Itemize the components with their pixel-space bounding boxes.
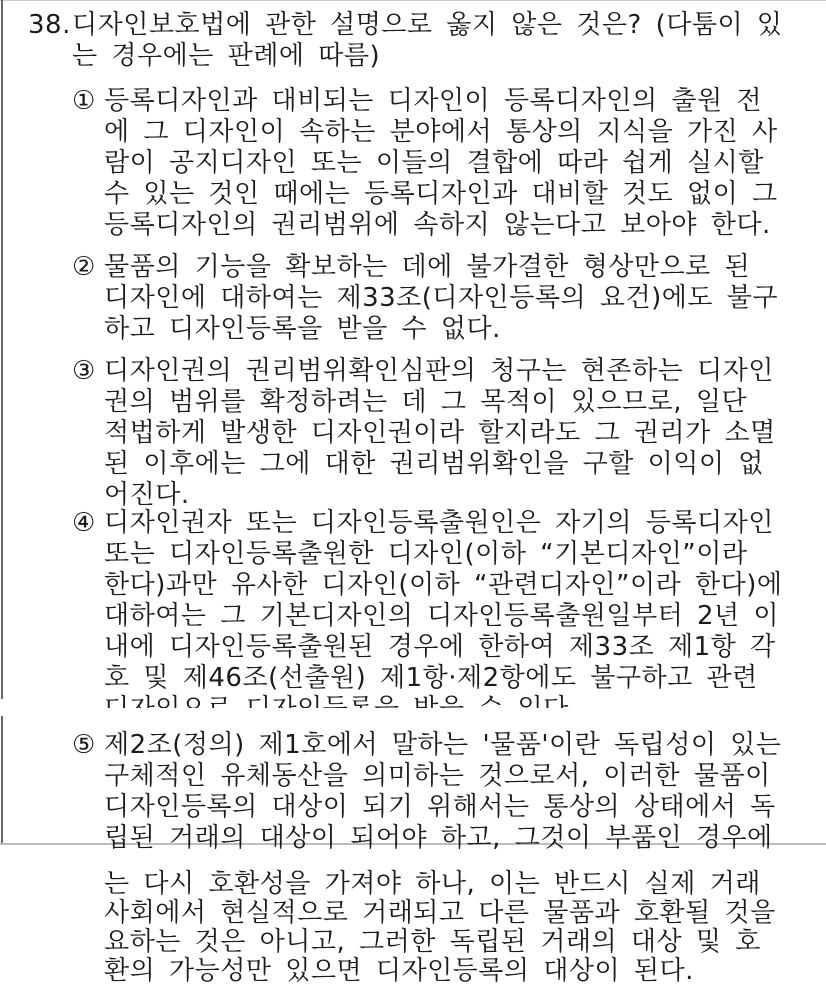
option-text-line: 제2조(정의) 제1호에서 말하는 '물품'이란 독립성이 있는 (104, 730, 781, 761)
option-text-line: 요하는 것은 아니고, 그러한 독립된 거래의 대상 및 호 (104, 928, 776, 957)
option-text-line: 된 이후에는 그에 대한 권리범위확인을 구할 이익이 없 (104, 449, 776, 480)
option-2: ② 물품의 기능을 확보하는 데에 불가결한 형상만으로 된 디자인에 대하여는… (72, 252, 778, 345)
option-text-line: 호 및 제46조(선출원) 제1항·제2항에도 불구하고 관련 (104, 663, 782, 694)
option-text-line-clipped: 디자인으로 디자인등록을 받을 수 있다 (104, 694, 782, 708)
option-text-line: 물품의 기능을 확보하는 데에 불가결한 형상만으로 된 (104, 252, 778, 283)
option-5-marker: ⑤ (72, 730, 104, 854)
option-text-line: 디자인권자 또는 디자인등록출원인은 자기의 등록디자인 (104, 508, 782, 539)
option-text-line: 디자인권의 권리범위확인심판의 청구는 현존하는 디자인 (104, 356, 776, 387)
option-text-line: 는 다시 호환성을 가져야 하나, 이는 반드시 실제 거래 (104, 870, 776, 899)
option-text-line: 하고 디자인등록을 받을 수 없다. (104, 314, 778, 345)
option-5-continuation: 는 다시 호환성을 가져야 하나, 이는 반드시 실제 거래 사회에서 현실적으… (104, 870, 776, 986)
option-text-line: 디자인등록의 대상이 되기 위해서는 통상의 상태에서 독 (104, 792, 781, 823)
clipped-text: 디자인으로 디자인등록을 받을 수 있다 (104, 694, 569, 708)
option-1-text: 등록디자인과 대비되는 디자인이 등록디자인의 출원 전 에 그 디자인이 속하… (104, 86, 778, 241)
option-text-line: 환의 가능성만 있으면 디자인등록의 대상이 된다. (104, 957, 776, 986)
question-text: 디자인보호법에 관한 설명으로 옳지 않은 것은? (다툼이 있 는 경우에는 … (72, 10, 782, 72)
option-3-marker: ③ (72, 356, 104, 511)
question-number: 38. (28, 10, 72, 72)
page-left-edge-line-upper (1, 0, 3, 699)
option-1-marker: ① (72, 86, 104, 241)
option-4-text: 디자인권자 또는 디자인등록출원인은 자기의 등록디자인 또는 디자인등록출원한… (104, 508, 782, 708)
option-text-line: 또는 디자인등록출원한 디자인(이하 “기본디자인”이라 (104, 539, 782, 570)
option-3: ③ 디자인권의 권리범위확인심판의 청구는 현존하는 디자인 권의 범위를 확정… (72, 356, 776, 511)
option-text-line: 대하여는 그 기본디자인의 디자인등록출원일부터 2년 이 (104, 601, 782, 632)
exam-document-page: 38. 디자인보호법에 관한 설명으로 옳지 않은 것은? (다툼이 있 는 경… (0, 0, 826, 986)
option-text-line: 구체적인 유체동산을 의미하는 것으로서, 이러한 물품이 (104, 761, 781, 792)
option-text-line: 립된 거래의 대상이 되어야 하고, 그것이 부품인 경우에 (104, 823, 781, 854)
option-text-line: 디자인에 대하여는 제33조(디자인등록의 요건)에도 불구 (104, 283, 778, 314)
option-text-line: 에 그 디자인이 속하는 분야에서 통상의 지식을 가진 사 (104, 117, 778, 148)
option-5-text: 제2조(정의) 제1호에서 말하는 '물품'이란 독립성이 있는 구체적인 유체… (104, 730, 781, 854)
question-38: 38. 디자인보호법에 관한 설명으로 옳지 않은 것은? (다툼이 있 는 경… (28, 10, 782, 72)
option-text-line: 사회에서 현실적으로 거래되고 다른 물품과 호환될 것을 (104, 899, 776, 928)
option-text-line: 내에 디자인등록출원된 경우에 한하여 제33조 제1항 각 (104, 632, 782, 663)
option-5: ⑤ 제2조(정의) 제1호에서 말하는 '물품'이란 독립성이 있는 구체적인 … (72, 730, 781, 854)
option-3-text: 디자인권의 권리범위확인심판의 청구는 현존하는 디자인 권의 범위를 확정하려… (104, 356, 776, 511)
option-text-line: 등록디자인과 대비되는 디자인이 등록디자인의 출원 전 (104, 86, 778, 117)
option-2-marker: ② (72, 252, 104, 345)
option-text-line: 어진다. (104, 480, 776, 511)
option-text-line: 권의 범위를 확정하려는 데 그 목적이 있으므로, 일단 (104, 387, 776, 418)
option-4-marker: ④ (72, 508, 104, 708)
question-text-line: 는 경우에는 판례에 따름) (72, 41, 782, 72)
option-1: ① 등록디자인과 대비되는 디자인이 등록디자인의 출원 전 에 그 디자인이 … (72, 86, 778, 241)
page-left-edge-line-lower (1, 716, 3, 844)
option-text-line: 등록디자인의 권리범위에 속하지 않는다고 보아야 한다. (104, 210, 778, 241)
question-text-line: 디자인보호법에 관한 설명으로 옳지 않은 것은? (다툼이 있 (72, 10, 782, 41)
option-2-text: 물품의 기능을 확보하는 데에 불가결한 형상만으로 된 디자인에 대하여는 제… (104, 252, 778, 345)
option-text-line: 한다)과만 유사한 디자인(이하 “관련디자인”이라 한다)에 (104, 570, 782, 601)
option-text-line: 적법하게 발생한 디자인권이라 할지라도 그 권리가 소멸 (104, 418, 776, 449)
option-text-line: 수 있는 것인 때에는 등록디자인과 대비할 것도 없이 그 (104, 179, 778, 210)
option-4: ④ 디자인권자 또는 디자인등록출원인은 자기의 등록디자인 또는 디자인등록출… (72, 508, 782, 708)
option-text-line: 람이 공지디자인 또는 이들의 결합에 따라 쉽게 실시할 (104, 148, 778, 179)
page-top-edge-line (0, 0, 826, 1)
